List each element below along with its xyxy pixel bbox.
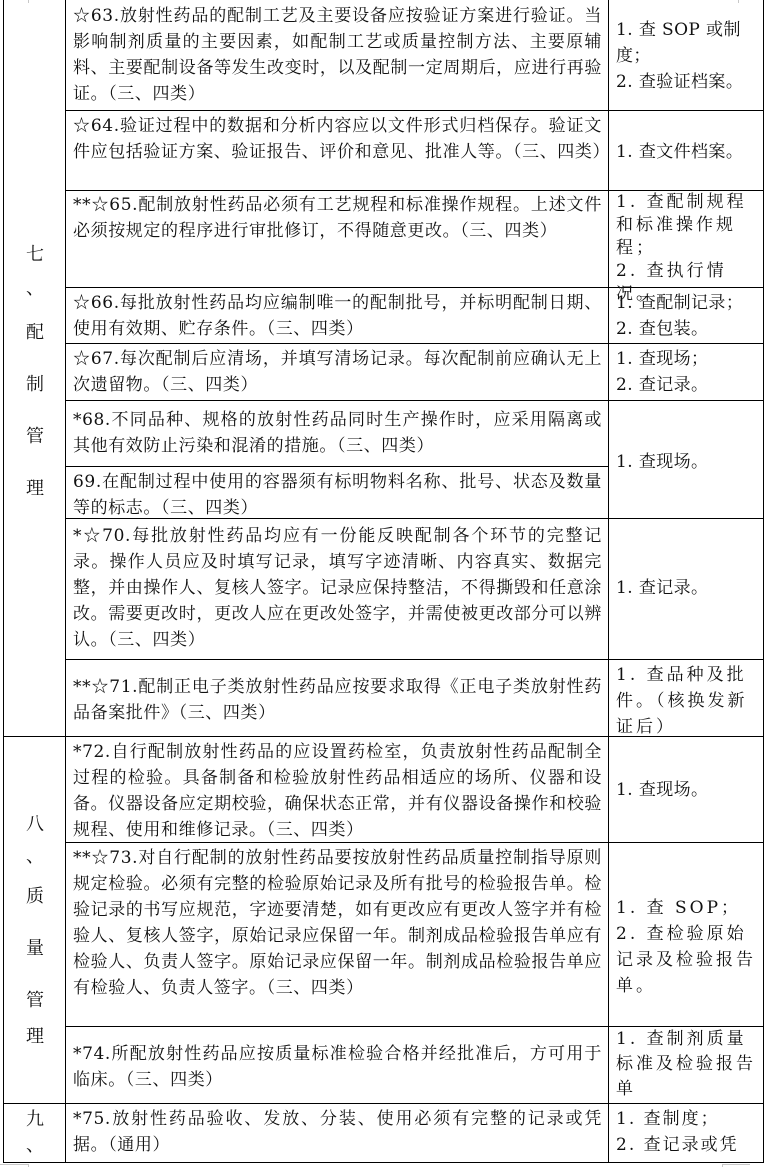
requirement-73: **☆73.对自行配制的放射性药品要按放射性药品质量控制指导原则规定检验。必须有… (66, 843, 608, 1026)
page-corner-mark (0, 1164, 28, 1165)
section-label-char: 、 (4, 844, 66, 870)
check-method-73: 1. 查 SOP； 2. 查检验原始记录及检验报告单。 (609, 843, 763, 1026)
table-right-border (763, 0, 764, 1163)
requirement-72: *72.自行配制放射性药品的应设置药检室，负责放射性药品配制全过程的检验。具备制… (66, 737, 608, 842)
requirement-65: **☆65.配制放射性药品必须有工艺规程和标准操作规程。上述文件必须按规定的程序… (66, 191, 608, 287)
section-label-preparation-management: 七 、 配 制 管 理 (4, 0, 66, 736)
requirement-66: ☆66.每批放射性药品均应编制唯一的配制批号，并标明配制日期、使用有效期、贮存条… (66, 288, 608, 343)
section-label-char: 七 (4, 242, 66, 268)
check-method-75: 1. 查制度； 2. 查记录或凭 (609, 1104, 763, 1162)
requirement-68: *68.不同品种、规格的放射性药品同时生产操作时，应采用隔离或其他有效防止污染和… (66, 401, 608, 466)
section-label-char: 质 (4, 884, 66, 910)
requirement-67: ☆67.每次配制后应清场，并填写清场记录。每次配制前应确认无上次遗留物。（三、四… (66, 344, 608, 400)
section-label-char: 、 (4, 1133, 66, 1159)
section-label-char: 理 (4, 476, 66, 502)
section-label-char: 配 (4, 320, 66, 346)
inspection-table-page: 七 、 配 制 管 理 八 、 质 量 管 理 九 、 ☆63.放射性药品的配制… (0, 0, 765, 1167)
section-label-char: 管 (4, 988, 66, 1014)
requirement-69: 69.在配制过程中使用的容器须有标明物料名称、批号、状态及数量等的标志。（三、四… (66, 467, 608, 518)
check-method-67: 1. 查现场； 2. 查记录。 (609, 344, 763, 400)
requirement-71: **☆71.配制正电子类放射性药品应按要求取得《正电子类放射性药品备案批件》（三… (66, 660, 608, 736)
check-method-63: 1. 查 SOP 或制度； 2. 查验证档案。 (609, 1, 763, 110)
section-label-char: 管 (4, 424, 66, 450)
requirement-63: ☆63.放射性药品的配制工艺及主要设备应按验证方案进行验证。当影响制剂质量的主要… (66, 1, 608, 110)
section-label-char: 制 (4, 372, 66, 398)
check-method-64: 1. 查文件档案。 (609, 111, 763, 190)
check-method-65: 1. 查配制规程和标准操作规程； 2. 查执行情况。 (609, 191, 763, 287)
table-bottom-border (3, 1162, 764, 1163)
requirement-75: *75.放射性药品验收、发放、分装、使用必须有完整的记录或凭据。（通用） (66, 1104, 608, 1162)
section-label-char: 理 (4, 1024, 66, 1050)
requirement-70: *☆70.每批放射性药品均应有一份能反映配制各个环节的完整记录。操作人员应及时填… (66, 519, 608, 659)
requirement-64: ☆64.验证过程中的数据和分析内容应以文件形式归档保存。验证文件应包括验证方案、… (66, 111, 608, 190)
check-method-68-69: 1. 查现场。 (609, 401, 763, 518)
check-method-74: 1. 查制剂质量标准及检验报告单 (609, 1027, 763, 1103)
section-label-nine: 九 、 (4, 1103, 66, 1162)
check-method-72: 1. 查现场。 (609, 737, 763, 842)
section-label-char: 八 (4, 812, 66, 838)
section-label-char: 、 (4, 276, 66, 302)
check-method-66: 1. 查配制记录； 2. 查包装。 (609, 288, 763, 343)
requirement-74: *74.所配放射性药品应按质量标准检验合格并经批准后，方可用于临床。（三、四类） (66, 1027, 608, 1103)
section-label-char: 量 (4, 936, 66, 962)
check-method-71: 1. 查品种及批件。（核换发新证后） (609, 660, 763, 736)
page-corner-mark (722, 1164, 750, 1165)
check-method-70: 1. 查记录。 (609, 519, 763, 659)
section-label-char: 九 (4, 1107, 66, 1133)
section-label-quality-management: 八 、 质 量 管 理 (4, 736, 66, 1103)
